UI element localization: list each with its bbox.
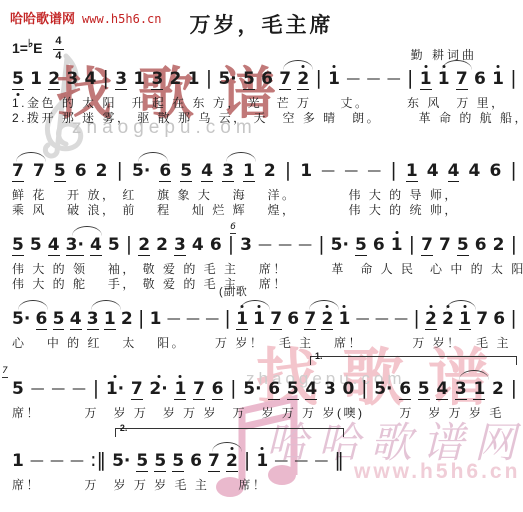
- note-token: 6: [493, 311, 505, 330]
- key-prefix: 1=: [12, 40, 28, 56]
- note-token: 5: [172, 453, 184, 472]
- bar-line: |: [228, 235, 234, 256]
- note-token: 6: [268, 381, 280, 400]
- note-token: 4: [305, 381, 317, 400]
- note-token: 2: [493, 237, 505, 256]
- lyric-line: 鲜 花 开 放， 红 旗 象 大 海 洋。 伟 大 的 导 师，: [12, 188, 517, 203]
- note-token: 4: [84, 71, 96, 90]
- bar-line: |: [413, 309, 419, 330]
- note-token: 5: [30, 237, 42, 256]
- note-token: 7: [208, 453, 220, 472]
- dash-note: —: [314, 454, 328, 472]
- bar-line: |: [230, 379, 236, 400]
- note-token: 1: [12, 453, 24, 472]
- note-token: 5·: [374, 381, 392, 400]
- dash-note: —: [274, 454, 288, 472]
- note-token: 1: [420, 71, 432, 90]
- dash-note: —: [367, 164, 381, 182]
- note-token: 3: [115, 71, 127, 90]
- note-token: 57: [12, 381, 24, 400]
- note-token: 2: [96, 163, 108, 182]
- note-token: 4: [201, 163, 213, 182]
- time-bottom: 4: [53, 50, 63, 63]
- octave-dot-above: [179, 375, 182, 378]
- note-token: 2: [492, 381, 504, 400]
- second-ending-bracket: 2.: [115, 428, 344, 437]
- bar-line: |: [224, 309, 230, 330]
- note-token: 6: [474, 71, 486, 90]
- key-letter: E: [33, 40, 42, 56]
- note-token: 2: [138, 237, 150, 256]
- note-token: 2: [321, 311, 333, 330]
- system-1: 51234|31321|5·5672|1———|11761| 1.金色 的 太 …: [12, 58, 517, 126]
- bar-line: |: [117, 161, 123, 182]
- note-token: 1: [243, 163, 255, 182]
- note-token: 4: [90, 237, 102, 256]
- dash-note: —: [366, 72, 380, 90]
- bar-line: |: [315, 69, 321, 90]
- note-token: 5: [418, 381, 430, 400]
- bar-line: |: [285, 161, 291, 182]
- system-4: (副歌 5·654312|1———|1176721———|22176| 心 中 …: [12, 298, 517, 351]
- note-token: 3·: [66, 237, 84, 256]
- note-token: 5: [154, 453, 166, 472]
- note-token: 5: [243, 71, 255, 90]
- note-token: 4: [427, 163, 439, 182]
- lyric-line: 心 中 的 红 太 阳。 万 岁！ 毛 主 席！ 万 岁！ 毛 主: [12, 336, 517, 351]
- note-token: 1: [473, 381, 485, 400]
- note-token: 1: [104, 311, 116, 330]
- note-token: 4: [70, 311, 82, 330]
- note-token: 5: [355, 237, 367, 256]
- note-token: 1: [188, 71, 200, 90]
- note-token: 4: [436, 381, 448, 400]
- lyrics-block: 席！ 万 岁 万 岁 万 岁 万 岁 万 万 岁(噢) 万 岁 万 岁 毛 主: [12, 406, 517, 421]
- octave-dot-above: [302, 65, 305, 68]
- note-token: 5: [53, 311, 65, 330]
- note-token: 6: [373, 237, 385, 256]
- note-token: 1: [339, 311, 351, 330]
- note-token: 7: [456, 71, 468, 90]
- bar-line: :‖: [90, 451, 106, 472]
- dash-note: —: [186, 312, 200, 330]
- note-token: 6: [36, 311, 48, 330]
- notes-row: 57———|1·72·176|5·65430|5·654312|: [12, 368, 517, 400]
- grace-note: 6: [230, 223, 236, 234]
- octave-dot-above: [395, 231, 398, 234]
- octave-dot-below: [16, 93, 19, 96]
- dash-note: —: [375, 312, 389, 330]
- octave-dot-above: [113, 375, 116, 378]
- note-token: 7: [193, 381, 205, 400]
- dash-note: —: [51, 382, 65, 400]
- note-token: 2: [297, 71, 309, 90]
- note-token: 1: [30, 71, 42, 90]
- note-token: 6: [210, 237, 222, 256]
- octave-dot-above: [258, 305, 261, 308]
- note-token: 4: [448, 163, 460, 182]
- note-token: 4: [48, 237, 60, 256]
- note-token: 3: [87, 311, 99, 330]
- note-token: 5: [457, 237, 469, 256]
- lyric-line: 伟 大 的 舵 手， 敬 爱 的 毛 主 席！: [12, 277, 517, 292]
- bar-line: |: [244, 451, 250, 472]
- note-token: 5: [136, 453, 148, 472]
- dash-note: —: [30, 454, 44, 472]
- dash-note: —: [72, 382, 86, 400]
- lyric-line: 席！ 万 岁 万 岁 毛 主 席！: [12, 478, 344, 493]
- lyrics-block: 伟 大 的 领 袖， 敬 爱 的 毛 主 席！ 革 命 人 民 心 中 的 太 …: [12, 262, 517, 292]
- note-token: 3: [324, 381, 336, 400]
- note-token: 4: [469, 163, 481, 182]
- bar-line: |: [510, 161, 516, 182]
- note-token: 0: [343, 381, 355, 400]
- bar-line: |: [206, 69, 212, 90]
- system-6: 2. 1———:‖5·555672|1———‖ 席！ 万 岁 万 岁 毛 主 席…: [12, 440, 344, 493]
- note-token: 1: [406, 163, 418, 182]
- bar-line: |: [103, 69, 109, 90]
- sheet-music-page: 找歌谱 zhaogepu.com 找歌谱 zhaogepu.com 哈哈歌谱网 …: [0, 0, 523, 512]
- lyric-line: 1.金色 的 太 阳 升 起 在 东 方， 光 芒 万 丈。 东 风 万 里，: [12, 96, 517, 111]
- time-signature: 4 4: [53, 36, 63, 62]
- dash-note: —: [70, 454, 84, 472]
- note-token: 6: [212, 381, 224, 400]
- lyrics-block: 席！ 万 岁 万 岁 毛 主 席！: [12, 478, 344, 493]
- lyric-line: 2.拨开 那 迷 雾， 驱 散 那 乌 云， 天 空 多 晴 朗。 革 命 的 …: [12, 111, 517, 126]
- note-token: 4: [192, 237, 204, 256]
- note-token: 2: [170, 71, 182, 90]
- note-token: 5·: [243, 381, 261, 400]
- note-token: 5: [12, 71, 24, 90]
- dash-note: —: [298, 238, 312, 256]
- note-token: 6: [159, 163, 171, 182]
- octave-dot-above: [230, 447, 233, 450]
- note-token: 7: [439, 237, 451, 256]
- notes-row: 1———:‖5·555672|1———‖: [12, 440, 344, 472]
- note-token: 7: [304, 311, 316, 330]
- dash-note: —: [167, 312, 181, 330]
- lyrics-block: 1.金色 的 太 阳 升 起 在 东 方， 光 芒 万 丈。 东 风 万 里，2…: [12, 96, 517, 126]
- note-token: 6: [475, 237, 487, 256]
- notes-row: 77562|5·654312|1———|14446|: [12, 150, 517, 182]
- note-token: 2: [264, 163, 276, 182]
- note-token: 2: [156, 237, 168, 256]
- dash-note: —: [346, 72, 360, 90]
- octave-dot-above: [424, 65, 427, 68]
- note-token: 1: [253, 311, 265, 330]
- bar-line: |: [409, 235, 415, 256]
- bar-line: |: [126, 235, 132, 256]
- note-token: 7: [33, 163, 45, 182]
- notes-row: 5·654312|1———|1176721———|22176|: [12, 298, 517, 330]
- octave-dot-above: [497, 65, 500, 68]
- note-token: 1: [391, 237, 403, 256]
- note-token: 3: [174, 237, 186, 256]
- bar-line: |: [138, 309, 144, 330]
- note-token: 5: [54, 163, 66, 182]
- note-token: 7: [12, 163, 24, 182]
- note-token: 6: [190, 453, 202, 472]
- bar-line: |: [390, 161, 396, 182]
- note-token: 1: [236, 311, 248, 330]
- note-token: 5: [12, 237, 24, 256]
- note-token: 5·: [331, 237, 349, 256]
- dash-note: —: [278, 238, 292, 256]
- dash-note: —: [387, 72, 401, 90]
- note-token: 36: [240, 237, 252, 256]
- note-token: 6: [75, 163, 87, 182]
- note-token: 2: [121, 311, 133, 330]
- note-token: 1: [492, 71, 504, 90]
- octave-dot-above: [343, 305, 346, 308]
- note-token: 1: [459, 311, 471, 330]
- note-token: 5·: [112, 453, 130, 472]
- dash-note: —: [344, 164, 358, 182]
- note-token: 7: [476, 311, 488, 330]
- octave-dot-above: [333, 65, 336, 68]
- bar-line: |: [510, 69, 516, 90]
- first-ending-bracket: 1.: [310, 356, 517, 365]
- note-token: 2·: [149, 381, 167, 400]
- key-signature: 1=♭E 4 4: [12, 36, 64, 62]
- grace-note: 7: [2, 367, 8, 378]
- system-3: 5543·45|22346|36———|5·561|77562| 伟 大 的 领…: [12, 224, 517, 292]
- lyric-line: 伟 大 的 领 袖， 敬 爱 的 毛 主 席！ 革 命 人 民 心 中 的 太 …: [12, 262, 517, 277]
- note-token: 7: [270, 311, 282, 330]
- octave-dot-above: [261, 447, 264, 450]
- note-token: 2: [226, 453, 238, 472]
- notes-row: 5543·45|22346|36———|5·561|77562|: [12, 224, 517, 256]
- dash-note: —: [258, 238, 272, 256]
- note-token: 5·: [218, 71, 236, 90]
- note-token: 6: [287, 311, 299, 330]
- dash-note: —: [394, 312, 408, 330]
- octave-dot-above: [429, 305, 432, 308]
- dash-note: —: [321, 164, 335, 182]
- note-token: 5·: [132, 163, 150, 182]
- note-token: 3: [151, 71, 163, 90]
- note-token: 1: [174, 381, 186, 400]
- note-token: 1: [133, 71, 145, 90]
- system-2: 77562|5·654312|1———|14446| 鲜 花 开 放， 红 旗 …: [12, 150, 517, 218]
- lyric-line: 乘 风 破 浪， 前 程 灿 烂 辉 煌， 伟 大 的 统 帅，: [12, 203, 517, 218]
- note-token: 1: [150, 311, 162, 330]
- note-token: 5: [108, 237, 120, 256]
- note-token: 1·: [106, 381, 124, 400]
- note-token: 2: [442, 311, 454, 330]
- note-token: 7: [421, 237, 433, 256]
- song-title: 万岁，毛主席: [0, 9, 523, 39]
- dash-note: —: [356, 312, 370, 330]
- system-5: 1. 57———|1·72·176|5·65430|5·654312| 席！ 万…: [12, 368, 517, 421]
- note-token: 6: [399, 381, 411, 400]
- octave-dot-above: [157, 375, 160, 378]
- lyrics-block: 鲜 花 开 放， 红 旗 象 大 海 洋。 伟 大 的 导 师，乘 风 破 浪，…: [12, 188, 517, 218]
- note-token: 1: [256, 453, 268, 472]
- note-token: 1: [300, 163, 312, 182]
- dash-note: —: [50, 454, 64, 472]
- note-token: 7: [279, 71, 291, 90]
- note-token: 1: [328, 71, 340, 90]
- dash-note: —: [31, 382, 45, 400]
- bar-line: |: [511, 235, 517, 256]
- dash-note: —: [205, 312, 219, 330]
- note-token: 2: [425, 311, 437, 330]
- note-token: 5: [287, 381, 299, 400]
- note-token: 3: [455, 381, 467, 400]
- first-ending-label: 1.: [315, 352, 323, 361]
- note-token: 2: [48, 71, 60, 90]
- octave-dot-above: [326, 305, 329, 308]
- dash-note: —: [294, 454, 308, 472]
- bar-line: ‖: [334, 451, 344, 472]
- lyric-line: 席！ 万 岁 万 岁 万 岁 万 岁 万 万 岁(噢) 万 岁 万 岁 毛 主: [12, 406, 517, 421]
- bar-line: |: [318, 235, 324, 256]
- note-token: 6: [489, 163, 501, 182]
- composer-credit: 勤 耕词曲: [411, 46, 477, 63]
- time-top: 4: [53, 36, 63, 50]
- octave-dot-above: [464, 305, 467, 308]
- lyrics-block: 心 中 的 红 太 阳。 万 岁！ 毛 主 席！ 万 岁！ 毛 主: [12, 336, 517, 351]
- note-token: 1: [438, 71, 450, 90]
- note-token: 7: [131, 381, 143, 400]
- bar-line: |: [93, 379, 99, 400]
- note-token: 3: [222, 163, 234, 182]
- bar-line: |: [361, 379, 367, 400]
- note-token: 5: [180, 163, 192, 182]
- second-ending-label: 2.: [120, 424, 128, 433]
- note-token: 6: [261, 71, 273, 90]
- chorus-label: (副歌: [219, 283, 248, 299]
- note-token: 5·: [12, 311, 30, 330]
- bar-line: |: [407, 69, 413, 90]
- bar-line: |: [510, 309, 516, 330]
- bar-line: |: [511, 379, 517, 400]
- watermark-url-bottom: www.h5h6.cn: [354, 460, 520, 484]
- note-token: 3: [66, 71, 78, 90]
